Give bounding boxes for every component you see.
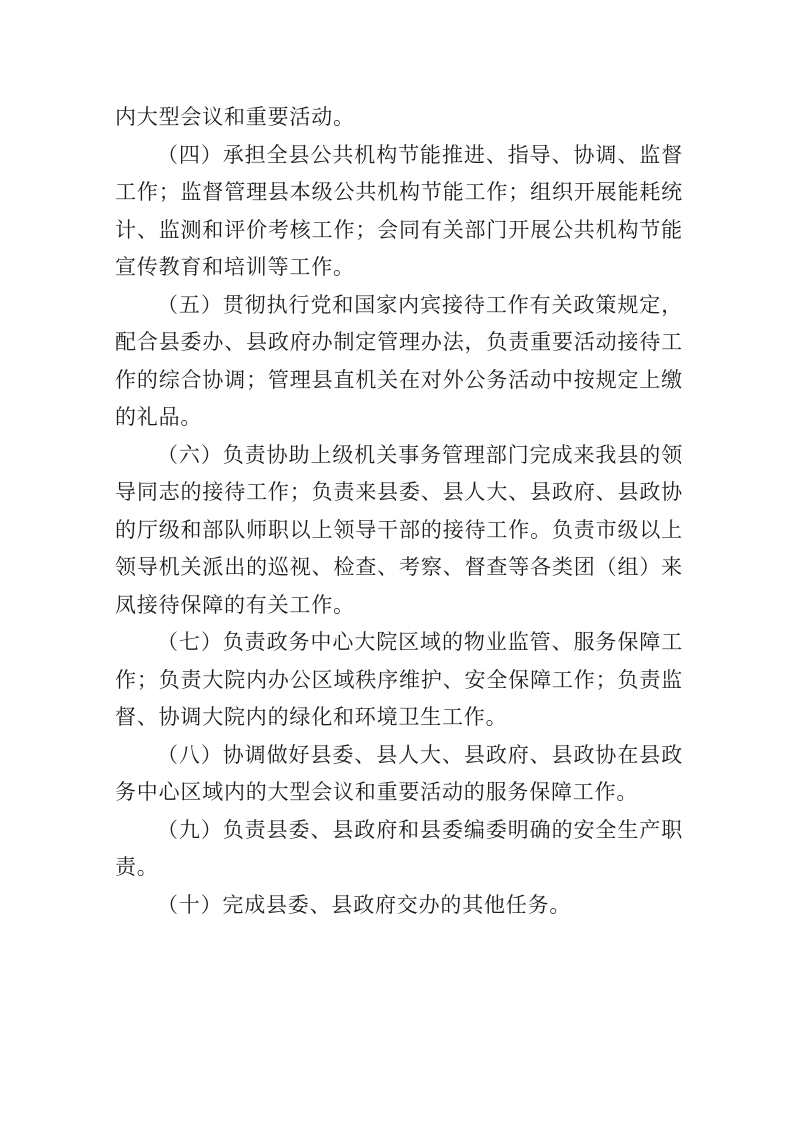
paragraph: （八）协调做好县委、县人大、县政府、县政协在县政务中心区域内的大型会议和重要活动… <box>115 737 683 812</box>
paragraph: 内大型会议和重要活动。 <box>115 99 683 137</box>
document-body-text: 内大型会议和重要活动。（四）承担全县公共机构节能推进、指导、协调、监督工作；监督… <box>115 99 683 924</box>
paragraph: （九）负责县委、县政府和县委编委明确的安全生产职责。 <box>115 812 683 887</box>
document-page: 内大型会议和重要活动。（四）承担全县公共机构节能推进、指导、协调、监督工作；监督… <box>0 0 793 1122</box>
paragraph: （五）贯彻执行党和国家内宾接待工作有关政策规定，配合县委办、县政府办制定管理办法… <box>115 287 683 437</box>
paragraph: （六）负责协助上级机关事务管理部门完成来我县的领导同志的接待工作；负责来县委、县… <box>115 437 683 625</box>
paragraph: （四）承担全县公共机构节能推进、指导、协调、监督工作；监督管理县本级公共机构节能… <box>115 137 683 287</box>
paragraph: （十）完成县委、县政府交办的其他任务。 <box>115 887 683 925</box>
paragraph: （七）负责政务中心大院区域的物业监管、服务保障工作；负责大院内办公区域秩序维护、… <box>115 624 683 737</box>
